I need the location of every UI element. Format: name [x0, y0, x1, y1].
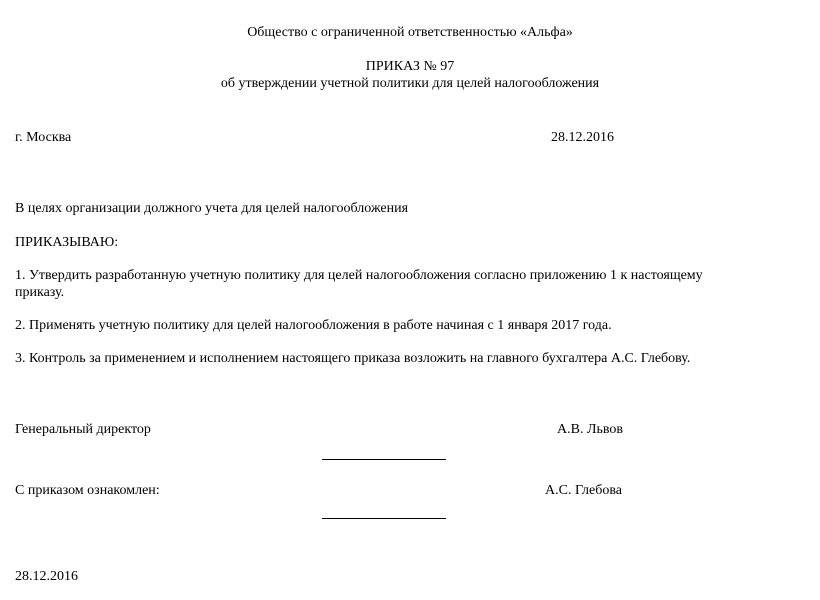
order-item-1-line-2: приказу. [15, 285, 64, 301]
order-word: ПРИКАЗЫВАЮ: [15, 235, 118, 251]
header-date: 28.12.2016 [551, 130, 614, 146]
city: г. Москва [15, 130, 71, 146]
director-name: А.В. Львов [557, 422, 623, 438]
acknowledged-name: А.С. Глебова [545, 483, 622, 499]
order-item-3: 3. Контроль за применением и исполнением… [15, 351, 690, 367]
acknowledged-label: С приказом ознакомлен: [15, 483, 160, 499]
organization-name: Общество с ограниченной ответственностью… [0, 25, 820, 41]
director-signature-line [322, 459, 446, 460]
order-item-1-line-1: 1. Утвердить разработанную учетную полит… [15, 268, 703, 284]
order-item-2: 2. Применять учетную политику для целей … [15, 318, 612, 334]
preamble: В целях организации должного учета для ц… [15, 201, 408, 217]
footer-date: 28.12.2016 [15, 569, 78, 585]
director-label: Генеральный директор [15, 422, 151, 438]
order-title: ПРИКАЗ № 97 [0, 59, 820, 75]
order-subtitle: об утверждении учетной политики для целе… [0, 76, 820, 92]
acknowledged-signature-line [322, 518, 446, 519]
